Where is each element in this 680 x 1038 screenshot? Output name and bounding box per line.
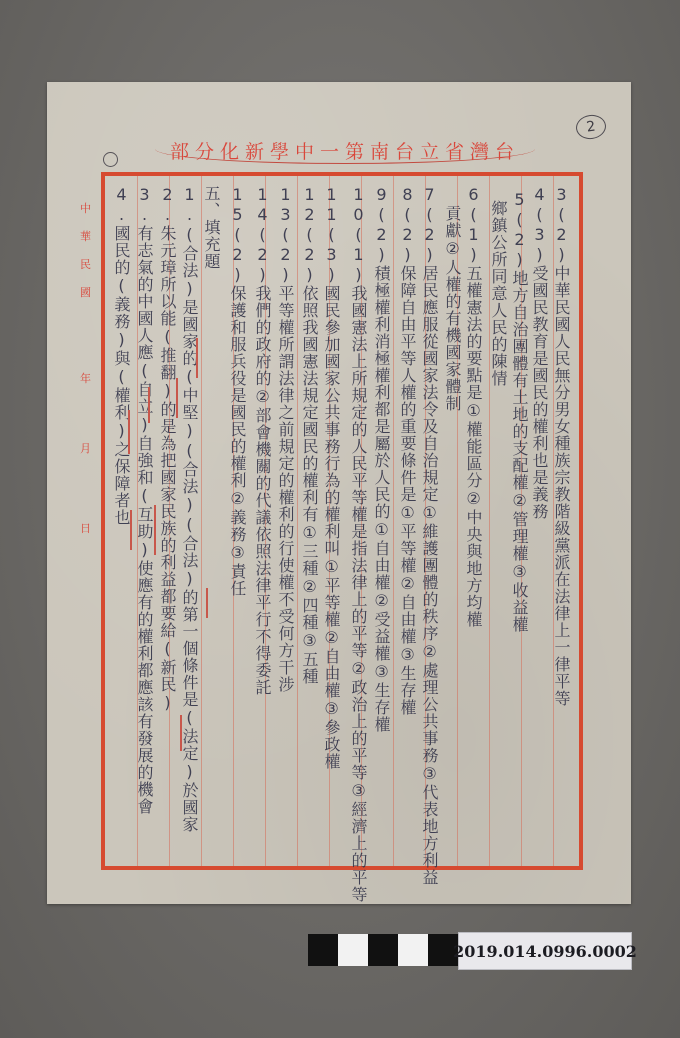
grayscale-scale-bar bbox=[308, 934, 458, 966]
handwritten-line: 3.有志氣的中國人應(自立)自強和(互助)使應有的權利都應該有發展的機會 bbox=[133, 185, 155, 815]
scale-swatch-white bbox=[338, 934, 368, 966]
red-correction-mark bbox=[128, 410, 130, 454]
handwritten-line: 貢獻②人權的有機國家體制 bbox=[441, 205, 463, 412]
letterhead: 台灣省立台南第一中學新化分部 bbox=[155, 133, 535, 169]
red-correction-mark bbox=[180, 715, 182, 751]
handwritten-line: 4(3)受國民教育是國民的權利也是義務 bbox=[528, 185, 550, 520]
handwritten-line: 4.國民的(義務)與(權利)之保障者也 bbox=[110, 185, 132, 526]
margin-char: 日 bbox=[80, 520, 91, 536]
handwritten-line: 7(2)居民應服從國家法令及自治規定①維護團體的秩序②處理公共事務③代表地方利益 bbox=[418, 185, 440, 886]
handwritten-line: 9(2)積極權利消極權利都是屬於人民的①自由權②受益權③生存權 bbox=[370, 185, 392, 733]
margin-char: 華 bbox=[80, 228, 91, 244]
handwritten-line: 13(2)平等權所謂法律之前規定的權利的行使權不受何方干涉 bbox=[274, 185, 296, 693]
handwritten-line: 鄉鎮公所同意人民的陳情 bbox=[487, 200, 509, 387]
red-correction-mark bbox=[206, 588, 208, 618]
archive-label: 2019.014.0996.0002 bbox=[308, 932, 632, 968]
margin-char: 月 bbox=[80, 440, 91, 456]
handwritten-line: 五、填充題 bbox=[200, 185, 222, 270]
scale-swatch-black bbox=[308, 934, 338, 966]
scale-swatch-white bbox=[398, 934, 428, 966]
handwritten-line: 3(2)中華民國人民無分男女種族宗教階級黨派在法律上一律平等 bbox=[550, 185, 572, 707]
handwritten-line: 15(2)保護和服兵役是國民的權利②義務③責任 bbox=[226, 185, 248, 597]
letterhead-title: 台灣省立台南第一中學新化分部 bbox=[155, 137, 535, 164]
handwritten-line: 8(2)保障自由平等人權的重要條件是①平等權②自由權③生存權 bbox=[396, 185, 418, 716]
margin-char: 民 bbox=[80, 256, 91, 272]
small-circle-mark bbox=[103, 152, 118, 167]
red-correction-mark bbox=[154, 505, 156, 555]
red-correction-mark bbox=[196, 338, 198, 378]
ruled-line bbox=[393, 176, 394, 866]
handwritten-line: 10(1)我國憲法上所規定的人民平等權是指法律上的平等②政治上的平等③經濟上的平… bbox=[347, 185, 369, 903]
ruled-line bbox=[201, 176, 202, 866]
margin-char: 中 bbox=[80, 200, 91, 216]
red-correction-mark bbox=[148, 387, 150, 423]
margin-char: 國 bbox=[80, 284, 91, 300]
handwritten-line: 11(3)國民參加國家公共事務行為的權利叫①平等權②自由權③參政權 bbox=[320, 185, 342, 770]
red-correction-mark bbox=[130, 510, 132, 550]
handwritten-line: 14(2)我們的政府的②部會機關的代議依照法律平行不得委託 bbox=[251, 185, 273, 696]
accession-number: 2019.014.0996.0002 bbox=[458, 932, 632, 970]
scale-swatch-black bbox=[368, 934, 398, 966]
handwritten-line: 5(2)地方自治團體有土地的支配權②管理權③收益權 bbox=[508, 190, 530, 633]
margin-char: 年 bbox=[80, 370, 91, 386]
handwritten-line: 6(1)五權憲法的要點是①權能區分②中央與地方均權 bbox=[462, 185, 484, 628]
red-correction-mark bbox=[176, 378, 178, 418]
handwritten-line: 2.朱元璋所以能(推翻)的是為把國家民族的利益都要給(新民) bbox=[156, 185, 178, 713]
handwritten-line: 12(2)依照我國憲法規定國民的權利有①三種②四種③五種 bbox=[298, 185, 320, 685]
